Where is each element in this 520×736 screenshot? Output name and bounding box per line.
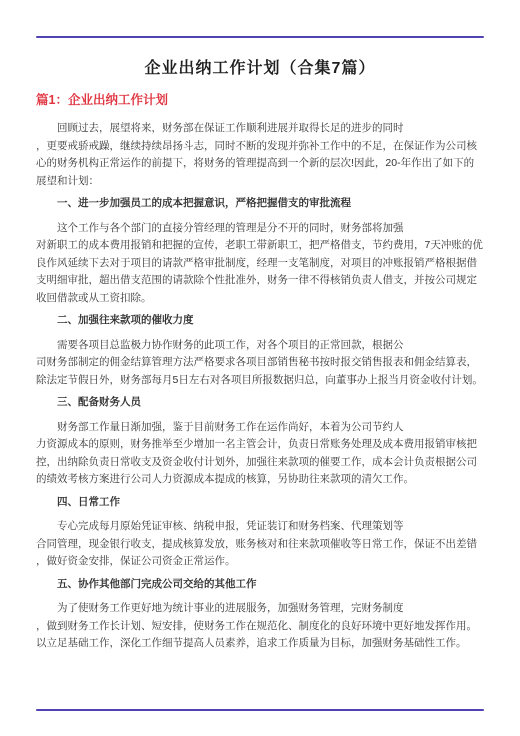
section-heading: 三、配备财务人员: [36, 394, 484, 412]
document-page: 企业出纳工作计划（合集7篇） 篇1：企业出纳工作计划 回顾过去，展望将来，财务部…: [0, 0, 520, 736]
article-blocks: 回顾过去，展望将来，财务部在保证工作顺利进展并取得长足的进步的同时 ，更要戒骄戒…: [36, 120, 484, 653]
section-heading: 二、加强往来款项的催收力度: [36, 312, 484, 330]
body-paragraph: 财务部工作量日渐加强，鉴于目前财务工作在运作尚好，本着为公司节约人 力资源成本的…: [36, 419, 484, 489]
body-paragraph: 需要各项目总监极力协作财务的此项工作，对各个项目的正常回款，根据公 司财务部制定…: [36, 337, 484, 390]
section-heading: 四、日常工作: [36, 494, 484, 512]
body-paragraph: 专心完成每月原始凭证审核、纳税申报，凭证装订和财务档案、代理策划等 合同管理，现…: [36, 518, 484, 571]
body-paragraph: 这个工作与各个部门的直接分管经理的管理是分不开的同时，财务部将加强 对新职工的成…: [36, 220, 484, 308]
part-heading: 篇1：企业出纳工作计划: [36, 92, 484, 109]
section-heading: 五、协作其他部门完成公司交给的其他工作: [36, 576, 484, 594]
top-rule: [36, 36, 484, 38]
document-title: 企业出纳工作计划（合集7篇）: [0, 59, 520, 78]
bottom-rule: [36, 709, 484, 711]
body-paragraph: 回顾过去，展望将来，财务部在保证工作顺利进展并取得长足的进步的同时 ，更要戒骄戒…: [36, 120, 484, 190]
body-paragraph: 为了使财务工作更好地为统计事业的进展服务，加强财务管理，完财务制度 ，做到财务工…: [36, 600, 484, 653]
section-heading: 一、进一步加强员工的成本把握意识，严格把握借支的审批流程: [36, 195, 484, 213]
